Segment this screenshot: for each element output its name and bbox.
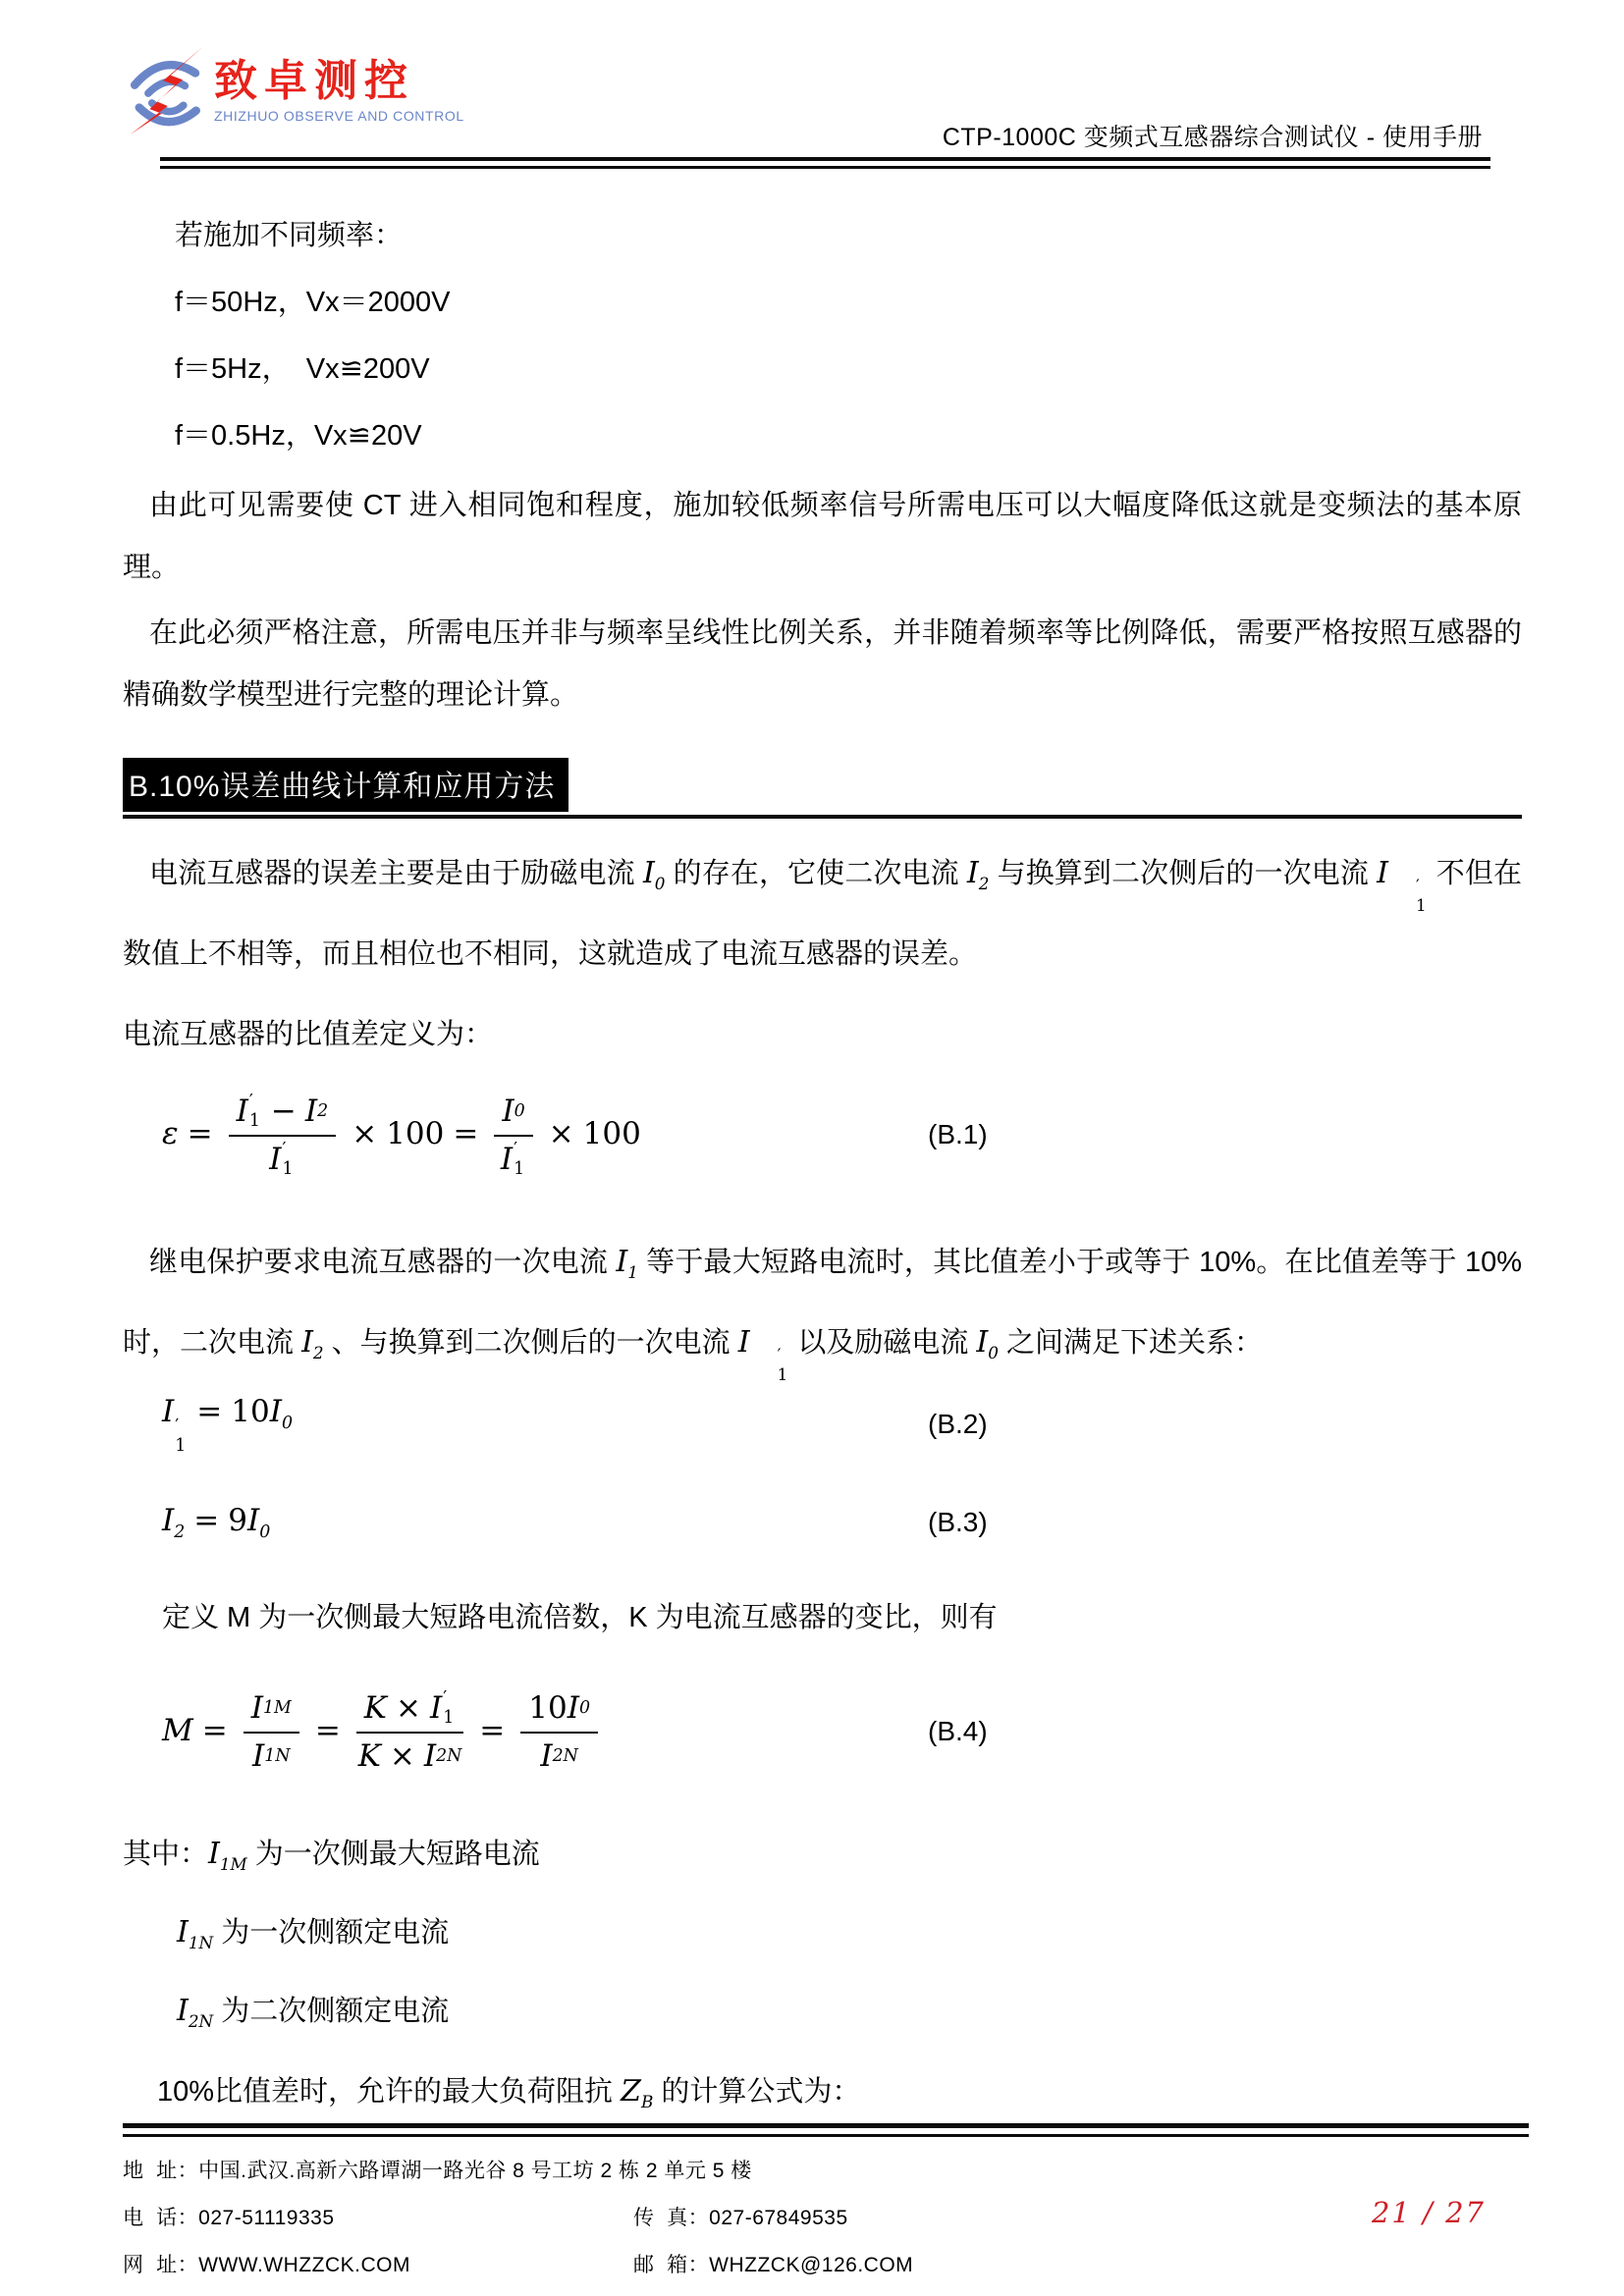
freq-line-1: f＝50Hz，Vx＝2000V (123, 283, 1522, 322)
where-definition-2: I1N 为一次侧额定电流 (123, 1912, 1522, 1963)
equation-b3: I2=9I0 (B.3) (123, 1492, 1522, 1553)
footer-divider (123, 2123, 1529, 2137)
manual-page: 致卓测控 ZHIZHUO OBSERVE AND CONTROL CTP-100… (0, 0, 1624, 2296)
equation-b4-formula: M=I1MI1N=K×I′1K×I2N=10I0I2N (162, 1687, 605, 1776)
equation-b2-formula: I′1=10I0 (162, 1394, 293, 1455)
page-footer: 地 址：中国.武汉.高新六路谭湖一路光谷 8 号工坊 2 栋 2 单元 5 楼 … (123, 2123, 1529, 2278)
footer-web-row: 网 址：WWW.WHZZCK.COM 邮 箱：WHZZCK@126.COM (123, 2249, 1529, 2278)
equation-b4-label: (B.4) (928, 1716, 988, 1747)
footer-address: 地 址：中国.武汉.高新六路谭湖一路光谷 8 号工坊 2 栋 2 单元 5 楼 (123, 2155, 752, 2184)
paragraph-caution: 在此必须严格注意，所需电压并非与频率呈线性比例关系，并非随着频率等比例降低，需要… (123, 603, 1522, 726)
footer-phone-row: 电 话：027-51119335 传 真：027-67849535 (123, 2202, 1529, 2231)
brand-text: 致卓测控 ZHIZHUO OBSERVE AND CONTROL (214, 35, 464, 124)
brand-name-en: ZHIZHUO OBSERVE AND CONTROL (214, 108, 464, 124)
section-heading: B.10%误差曲线计算和应用方法 (123, 758, 568, 812)
paragraph-error-cause: 电流互感器的误差主要是由于励磁电流 I0 的存在，它使二次电流 I2 与换算到二… (123, 838, 1522, 989)
section-b: B.10%误差曲线计算和应用方法 (123, 758, 1522, 819)
equation-b1: ε=I′1−I2I′1×100=I0I′1×100 (B.1) (123, 1070, 1522, 1200)
ratio-definition-line: 电流互感器的比值差定义为： (123, 1015, 1522, 1054)
intro-line: 若施加不同频率： (123, 216, 1522, 255)
paragraph-define-mk: 定义 M 为一次侧最大短路电流倍数，K 为电流互感器的变比，则有 (123, 1598, 1522, 1637)
logo-bolt-icon (126, 35, 208, 145)
footer-email: 邮 箱：WHZZCK@126.COM (633, 2249, 913, 2278)
footer-phone: 电 话：027-51119335 (123, 2202, 633, 2231)
equation-b2-label: (B.2) (928, 1409, 988, 1440)
freq-line-3: f＝0.5Hz，Vx≌20V (123, 416, 1522, 455)
equation-b2: I′1=10I0 (B.2) (123, 1394, 1522, 1455)
paragraph-relay-requirement: 继电保护要求电流互感器的一次电流 I1 等于最大短路电流时，其比值差小于或等于 … (123, 1227, 1522, 1388)
document-title: CTP-1000C 变频式互感器综合测试仪 - 使用手册 (943, 118, 1483, 153)
page-body: 若施加不同频率： f＝50Hz，Vx＝2000V f＝5Hz， Vx≌200V … (123, 177, 1522, 2122)
brand-name-cn: 致卓测控 (214, 59, 464, 104)
where-definition-1: 其中：I1M 为一次侧最大短路电流 (123, 1834, 1522, 1885)
equation-b1-formula: ε=I′1−I2I′1×100=I0I′1×100 (162, 1091, 641, 1179)
page-number: 21 / 27 (1372, 2196, 1486, 2229)
paragraph-impedance: 10%比值差时，允许的最大负荷阻抗 ZB 的计算公式为： (123, 2071, 1522, 2122)
paragraph-ct-principle: 由此可见需要使 CT 进入相同饱和程度，施加较低频率信号所需电压可以大幅度降低这… (123, 475, 1522, 599)
page-header: 致卓测控 ZHIZHUO OBSERVE AND CONTROL CTP-100… (0, 0, 1624, 169)
equation-b3-formula: I2=9I0 (162, 1503, 270, 1542)
footer-address-row: 地 址：中国.武汉.高新六路谭湖一路光谷 8 号工坊 2 栋 2 单元 5 楼 (123, 2155, 1529, 2184)
company-logo: 致卓测控 ZHIZHUO OBSERVE AND CONTROL (126, 35, 464, 145)
equation-b1-label: (B.1) (928, 1119, 988, 1150)
freq-line-2: f＝5Hz， Vx≌200V (123, 349, 1522, 389)
equation-b3-label: (B.3) (928, 1507, 988, 1538)
equation-b4: M=I1MI1N=K×I′1K×I2N=10I0I2N (B.4) (123, 1665, 1522, 1798)
footer-website: 网 址：WWW.WHZZCK.COM (123, 2249, 633, 2278)
header-divider (160, 157, 1490, 169)
footer-fax: 传 真：027-67849535 (633, 2202, 848, 2231)
where-definition-3: I2N 为二次侧额定电流 (123, 1991, 1522, 2042)
section-heading-rule (123, 815, 1522, 819)
